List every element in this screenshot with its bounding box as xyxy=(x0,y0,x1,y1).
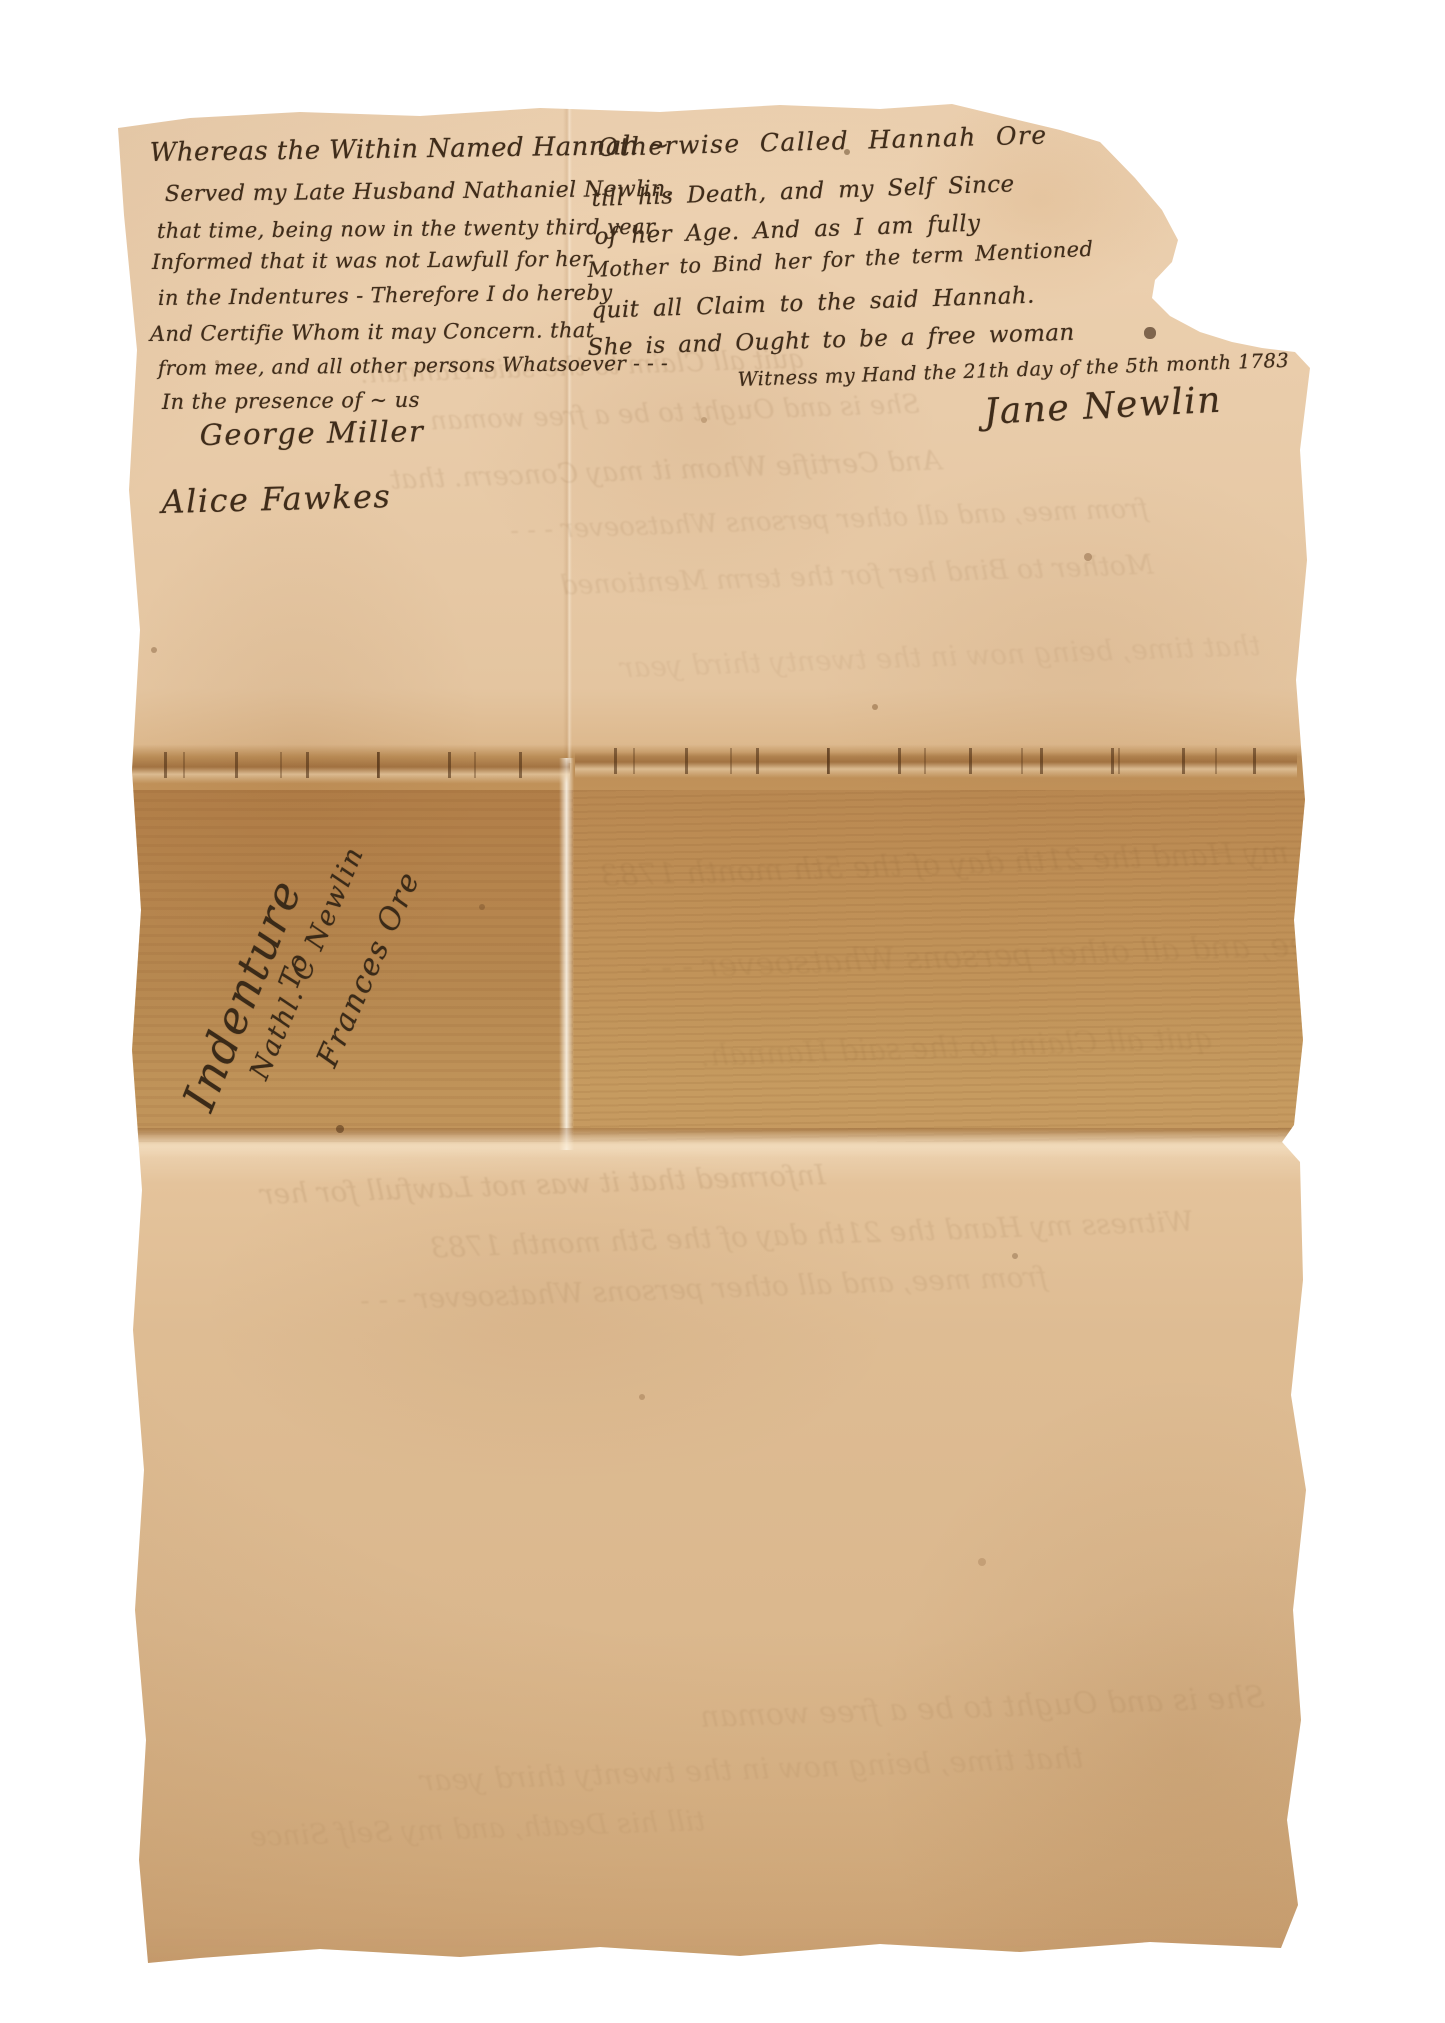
vertical-crease xyxy=(563,108,572,763)
witness-signature: Alice Fawkes xyxy=(161,477,392,521)
handwritten-line: in the Indentures - Therefore I do hereb… xyxy=(158,280,613,310)
signer-signature: Jane Newlin xyxy=(983,380,1223,433)
bleed-through-text: She is and Ought to be a free woman xyxy=(700,1680,1266,1735)
bleed-through-text: that time, being now in the twenty third… xyxy=(620,629,1261,684)
bleed-through-text: And Certifie Whom it may Concern. that xyxy=(390,445,942,495)
handwritten-line: Informed that it was not Lawfull for her xyxy=(152,247,593,274)
bleed-through-text: Mother to Bind her for the term Mentione… xyxy=(560,550,1154,602)
witness-signature: George Miller xyxy=(199,414,424,452)
handwritten-line: Whereas the Within Named Hannah ~ xyxy=(150,131,670,168)
bleed-through-text: till his Death, and my Self Since xyxy=(250,1804,706,1853)
handwritten-line: Otherwise Called Hannah Ore xyxy=(597,120,1048,162)
photo-backdrop: quit all Claim to the said Hannah. She i… xyxy=(0,0,1445,2023)
manuscript-paper: quit all Claim to the said Hannah. She i… xyxy=(0,0,1445,2023)
bleed-through-text: from mee, and all other persons Whatsoev… xyxy=(510,494,1149,546)
bleed-through-text: She is and Ought to be a free woman xyxy=(430,389,921,436)
handwritten-line: quit all Claim to the said Hannah. xyxy=(591,283,1035,324)
fold-seam xyxy=(559,758,574,1150)
lower-fold-ridge xyxy=(120,1128,1300,1158)
bleed-through-text: from mee, and all other persons Whatsoev… xyxy=(360,1260,1048,1317)
handwritten-line: And Certifie Whom it may Concern. that xyxy=(150,318,595,346)
handwritten-line: In the presence of ~ us xyxy=(162,388,420,414)
bleed-through-text: Witness my Hand the 21th day of the 5th … xyxy=(430,1205,1194,1265)
ink-spots xyxy=(0,0,4,4)
handwritten-line: that time, being now in the twenty third… xyxy=(157,215,656,243)
stitch-slits-left xyxy=(130,752,565,778)
bleed-through-text: Informed that it was not Lawfull for her xyxy=(260,1158,827,1211)
stitch-slits-right xyxy=(580,748,1290,774)
handwritten-line: She is and Ought to be a free woman xyxy=(587,320,1075,361)
bleed-through-text: that time, being now in the twenty third… xyxy=(420,1740,1084,1797)
